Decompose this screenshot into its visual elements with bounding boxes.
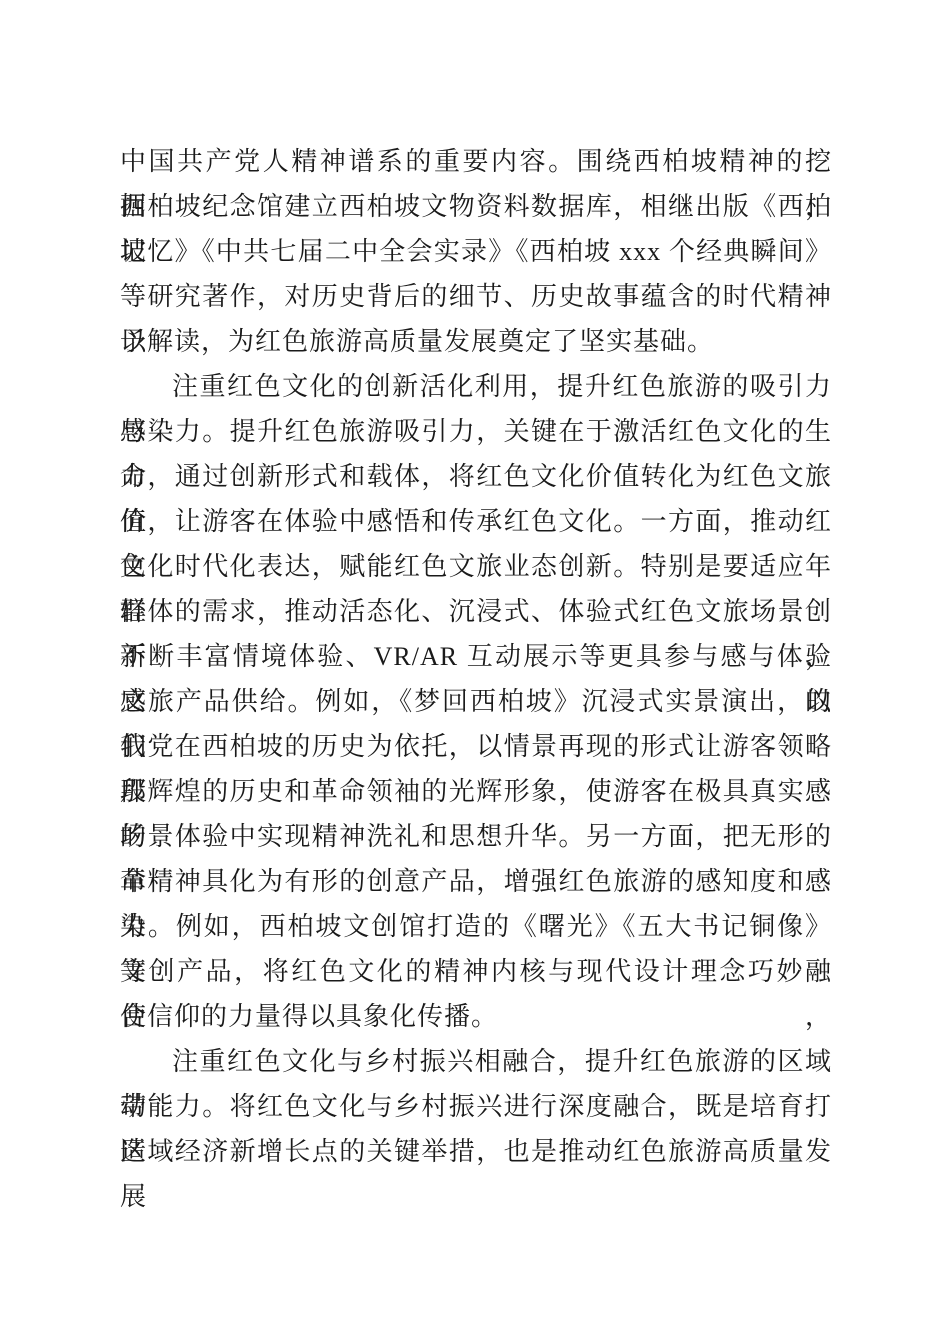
text-line: 区域经济新增长点的关键举措，也是推动红色旅游高质量发展 [120,1129,832,1174]
text-line: 不断丰富情境体验、VR/AR 互动展示等更具参与感与体验感的 [120,634,832,679]
text-line: 记忆》《中共七届二中全会实录》《西柏坡 xxx 个经典瞬间》 [120,229,832,274]
text-line: 注重红色文化与乡村振兴相融合，提升红色旅游的区域带 [120,1039,832,1084]
text-line: 段辉煌的历史和革命领袖的光辉形象，使游客在极具真实感的 [120,769,832,814]
text-line: 群体的需求，推动活态化、沉浸式、体验式红色文旅场景创新， [120,589,832,634]
text-line: 场景体验中实现精神洗礼和思想升华。另一方面，把无形的革 [120,814,832,859]
text-line: 注重红色文化的创新活化利用，提升红色旅游的吸引力与 [120,364,832,409]
document-page: 中国共产党人精神谱系的重要内容。围绕西柏坡精神的挖掘， 西柏坡纪念馆建立西柏坡文… [0,0,950,1344]
text-line: 文旅产品供给。例如，《梦回西柏坡》沉浸式实景演出，以我 [120,679,832,724]
document-text-block: 中国共产党人精神谱系的重要内容。围绕西柏坡精神的挖掘， 西柏坡纪念馆建立西柏坡文… [120,139,832,1174]
paragraph: 中国共产党人精神谱系的重要内容。围绕西柏坡精神的挖掘， 西柏坡纪念馆建立西柏坡文… [120,139,832,364]
text-line: 动能力。将红色文化与乡村振兴进行深度融合，既是培育打造 [120,1084,832,1129]
text-line: 们党在西柏坡的历史为依托，以情景再现的形式让游客领略那 [120,724,832,769]
paragraph: 注重红色文化与乡村振兴相融合，提升红色旅游的区域带 动能力。将红色文化与乡村振兴… [120,1039,832,1174]
text-line: 力。例如，西柏坡文创馆打造的《曙光》《五大书记铜像》等 [120,904,832,949]
text-line: 等研究著作，对历史背后的细节、历史故事蕴含的时代精神予 [120,274,832,319]
text-line: 值，让游客在体验中感悟和传承红色文化。一方面，推动红色 [120,499,832,544]
text-line: 文创产品，将红色文化的精神内核与现代设计理念巧妙融合， [120,949,832,994]
text-line: 感染力。提升红色旅游吸引力，关键在于激活红色文化的生命 [120,409,832,454]
text-line: 中国共产党人精神谱系的重要内容。围绕西柏坡精神的挖掘， [120,139,832,184]
text-line: 文化时代化表达，赋能红色文旅业态创新。特别是要适应年轻 [120,544,832,589]
text-line: 力，通过创新形式和载体，将红色文化价值转化为红色文旅价 [120,454,832,499]
text-line: 命精神具化为有形的创意产品，增强红色旅游的感知度和感染 [120,859,832,904]
text-line: 以解读，为红色旅游高质量发展奠定了坚实基础。 [120,319,832,364]
paragraph: 注重红色文化的创新活化利用，提升红色旅游的吸引力与 感染力。提升红色旅游吸引力，… [120,364,832,1039]
text-line: 西柏坡纪念馆建立西柏坡文物资料数据库，相继出版《西柏坡 [120,184,832,229]
